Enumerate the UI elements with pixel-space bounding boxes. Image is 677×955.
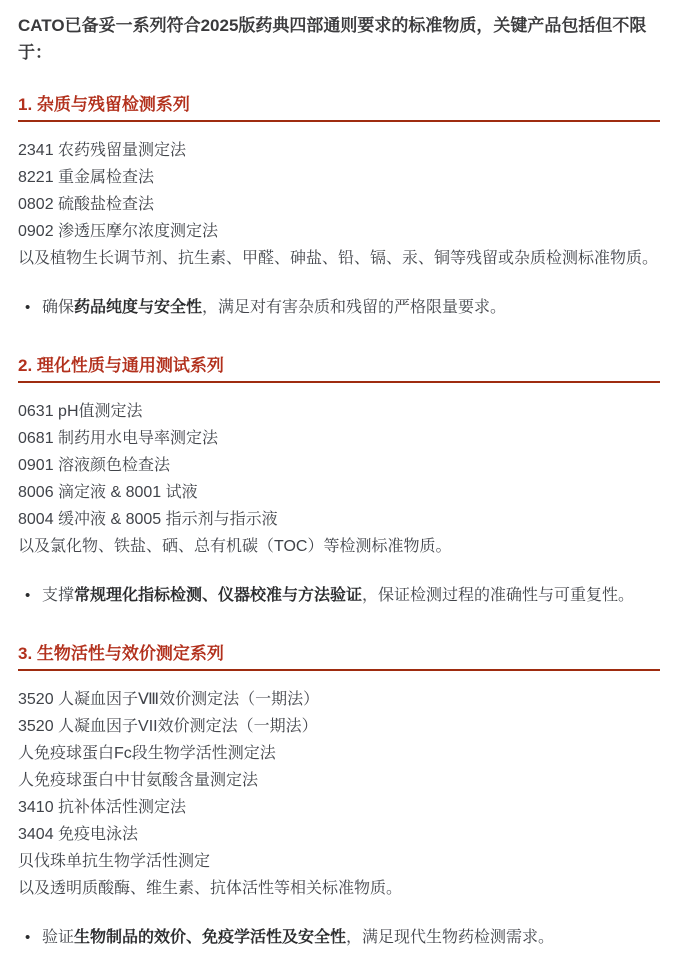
bullet-dot-icon bbox=[25, 294, 30, 321]
list-item: 人免疫球蛋白中甘氨酸含量测定法 bbox=[18, 767, 660, 794]
list-item: 0901 溶液颜色检查法 bbox=[18, 452, 660, 479]
list-item: 以及透明质酸酶、维生素、抗体活性等相关标准物质。 bbox=[18, 875, 660, 902]
section-heading: 2. 理化性质与通用测试系列 bbox=[18, 355, 660, 383]
list-item: 0681 制药用水电导率测定法 bbox=[18, 425, 660, 452]
list-item: 0902 渗透压摩尔浓度测定法 bbox=[18, 218, 660, 245]
list-item: 3520 人凝血因子Ⅷ效价测定法（一期法） bbox=[18, 686, 660, 713]
list-item: 人免疫球蛋白Fc段生物学活性测定法 bbox=[18, 740, 660, 767]
list-item: 8006 滴定液 & 8001 试液 bbox=[18, 479, 660, 506]
bullet-suffix: ，满足对有害杂质和残留的严格限量要求。 bbox=[202, 299, 506, 316]
list-item: 以及植物生长调节剂、抗生素、甲醛、砷盐、铅、镉、汞、铜等残留或杂质检测标准物质。 bbox=[18, 245, 660, 272]
list-item: 0802 硫酸盐检查法 bbox=[18, 191, 660, 218]
bullet-suffix: ，保证检测过程的准确性与可重复性。 bbox=[362, 587, 634, 604]
intro-text: CATO已备妥一系列符合2025版药典四部通则要求的标准物质，关键产品包括但不限… bbox=[18, 12, 660, 66]
bullet-bold-text: 生物制品的效价、免疫学活性及安全性 bbox=[74, 929, 346, 946]
bullet-point: 确保药品纯度与安全性，满足对有害杂质和残留的严格限量要求。 bbox=[18, 294, 660, 321]
section-impurity-residue: 1. 杂质与残留检测系列 2341 农药残留量测定法 8221 重金属检查法 0… bbox=[18, 94, 660, 321]
bullet-prefix: 确保 bbox=[42, 299, 74, 316]
item-list: 3520 人凝血因子Ⅷ效价测定法（一期法） 3520 人凝血因子VII效价测定法… bbox=[18, 686, 660, 902]
section-physicochemical: 2. 理化性质与通用测试系列 0631 pH值测定法 0681 制药用水电导率测… bbox=[18, 355, 660, 609]
list-item: 8221 重金属检查法 bbox=[18, 164, 660, 191]
item-list: 0631 pH值测定法 0681 制药用水电导率测定法 0901 溶液颜色检查法… bbox=[18, 398, 660, 560]
list-item: 0631 pH值测定法 bbox=[18, 398, 660, 425]
bullet-bold-text: 药品纯度与安全性 bbox=[74, 299, 202, 316]
bullet-point: 支撑常规理化指标检测、仪器校准与方法验证，保证检测过程的准确性与可重复性。 bbox=[18, 582, 660, 609]
section-bioactivity-potency: 3. 生物活性与效价测定系列 3520 人凝血因子Ⅷ效价测定法（一期法） 352… bbox=[18, 643, 660, 951]
list-item: 贝伐珠单抗生物学活性测定 bbox=[18, 848, 660, 875]
bullet-dot-icon bbox=[25, 582, 30, 609]
bullet-dot-icon bbox=[25, 924, 30, 951]
item-list: 2341 农药残留量测定法 8221 重金属检查法 0802 硫酸盐检查法 09… bbox=[18, 137, 660, 272]
section-heading: 1. 杂质与残留检测系列 bbox=[18, 94, 660, 122]
list-item: 2341 农药残留量测定法 bbox=[18, 137, 660, 164]
bullet-suffix: ，满足现代生物药检测需求。 bbox=[346, 929, 554, 946]
bullet-prefix: 支撑 bbox=[42, 587, 74, 604]
bullet-prefix: 验证 bbox=[42, 929, 74, 946]
bullet-point: 验证生物制品的效价、免疫学活性及安全性，满足现代生物药检测需求。 bbox=[18, 924, 660, 951]
bullet-bold-text: 常规理化指标检测、仪器校准与方法验证 bbox=[74, 587, 362, 604]
section-heading: 3. 生物活性与效价测定系列 bbox=[18, 643, 660, 671]
list-item: 3520 人凝血因子VII效价测定法（一期法） bbox=[18, 713, 660, 740]
list-item: 3410 抗补体活性测定法 bbox=[18, 794, 660, 821]
list-item: 8004 缓冲液 & 8005 指示剂与指示液 bbox=[18, 506, 660, 533]
list-item: 3404 免疫电泳法 bbox=[18, 821, 660, 848]
document-page: CATO已备妥一系列符合2025版药典四部通则要求的标准物质，关键产品包括但不限… bbox=[0, 0, 677, 955]
list-item: 以及氯化物、铁盐、硒、总有机碳（TOC）等检测标准物质。 bbox=[18, 533, 660, 560]
